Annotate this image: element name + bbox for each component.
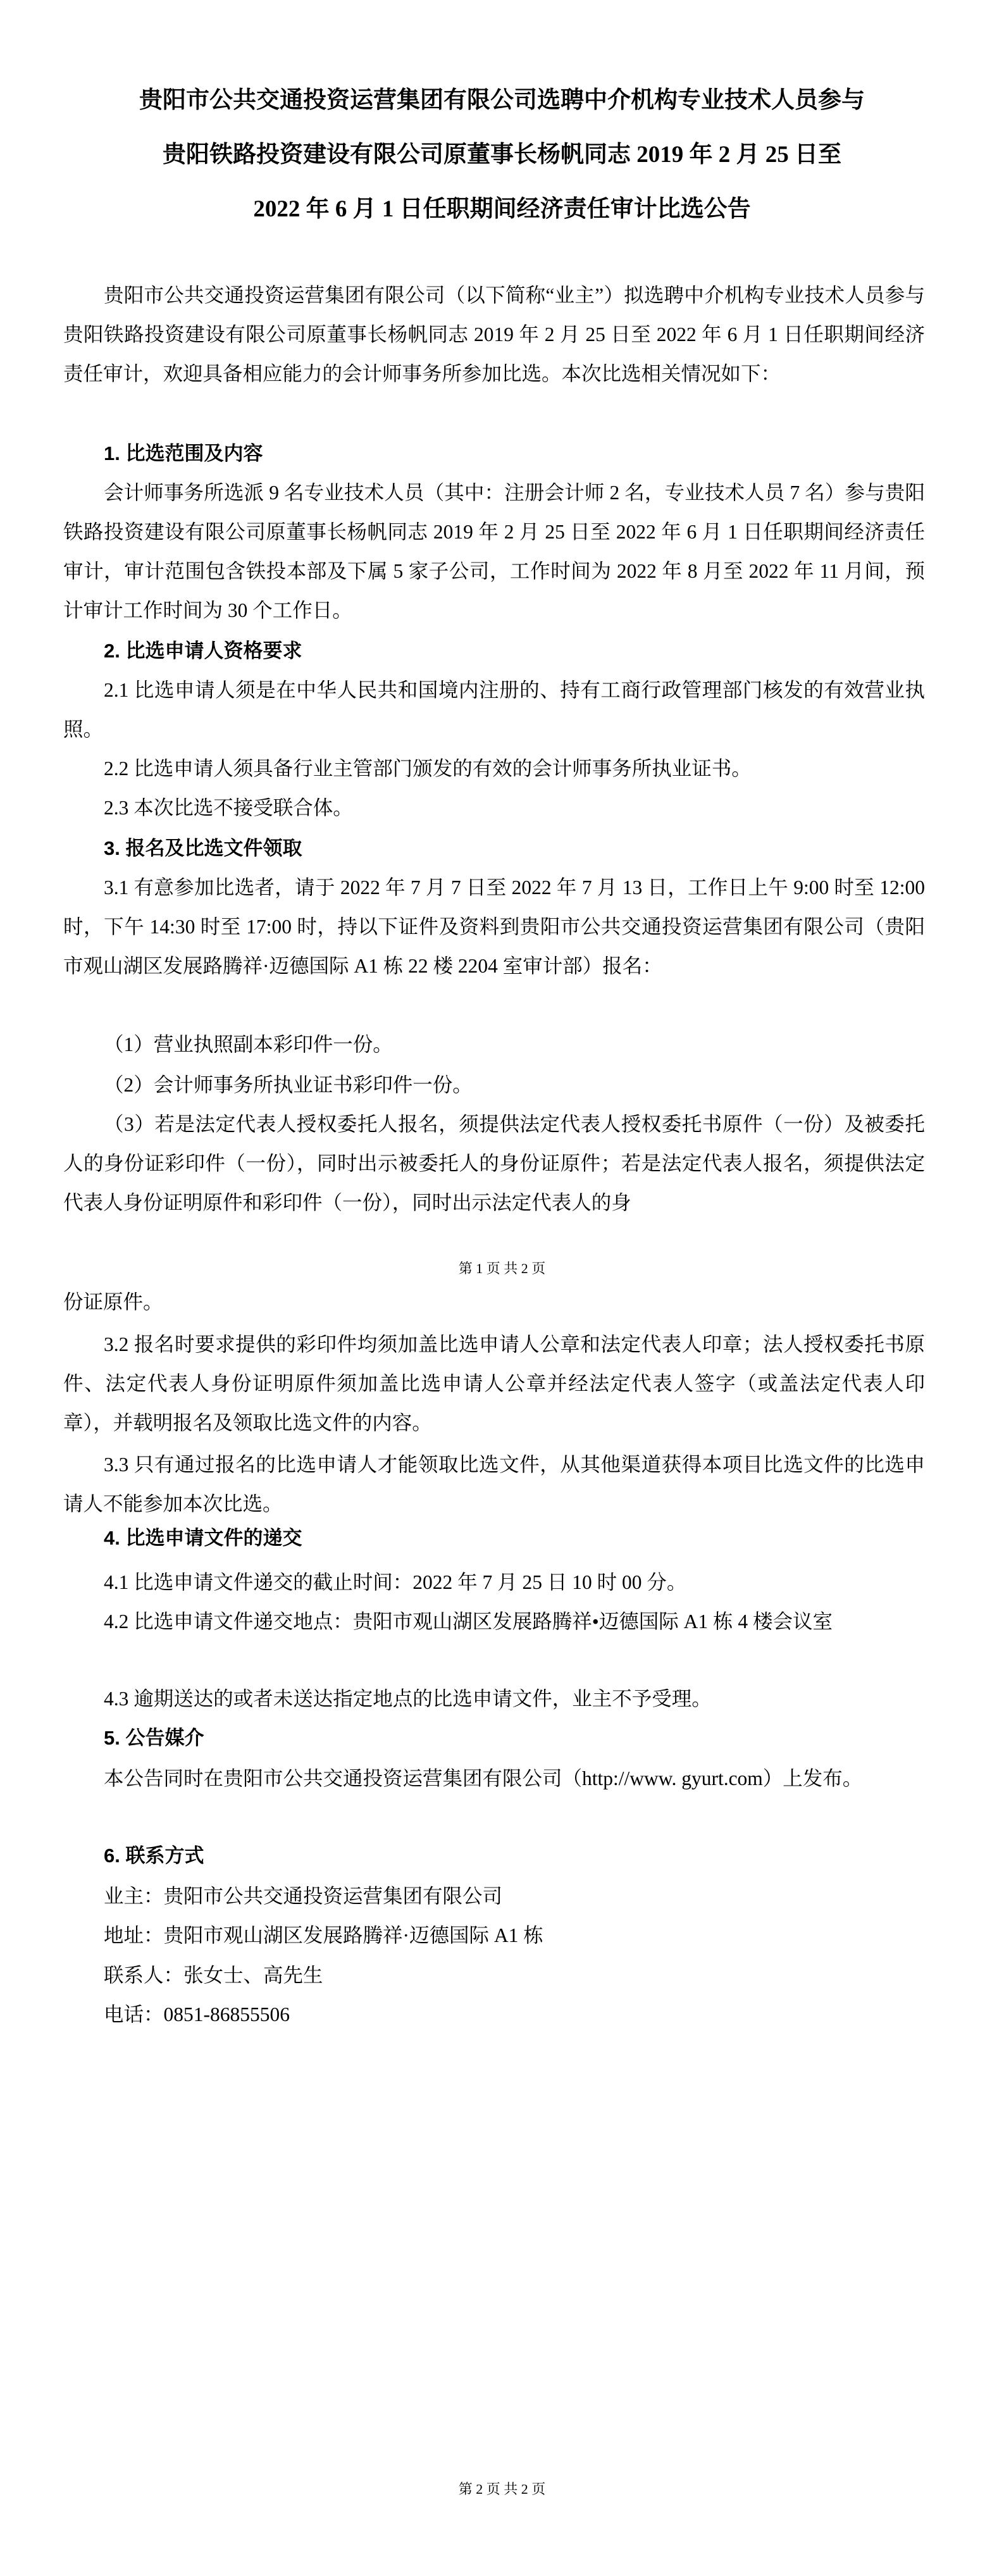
section-3-heading: 3. 报名及比选文件领取 [63,829,925,868]
list-item-3: （3）若是法定代表人授权委托人报名，须提供法定代表人授权委托书原件（一份）及被委… [63,1105,925,1223]
contact-phone-line: 电话：0851-86855506 [63,1995,925,2034]
clause-4-1: 4.1 比选申请文件递交的截止时间：2022 年 7 月 25 日 10 时 0… [63,1563,925,1602]
section-2-heading: 2. 比选申请人资格要求 [63,632,925,671]
list-item-2: （2）会计师事务所执业证书彩印件一份。 [63,1066,925,1105]
section-1-heading: 1. 比选范围及内容 [63,434,925,473]
clause-4-2: 4.2 比选申请文件递交地点：贵阳市观山湖区发展路腾祥•迈德国际 A1 栋 4 … [63,1602,925,1641]
clause-2-3: 2.3 本次比选不接受联合体。 [63,788,925,828]
list-item-3-continuation: 份证原件。 [63,1283,925,1322]
section-1-body: 会计师事务所选派 9 名专业技术人员（其中：注册会计师 2 名，专业技术人员 7… [63,473,925,630]
contact-address-line: 地址：贵阳市观山湖区发展路腾祥·迈德国际 A1 栋 [63,1916,925,1955]
notice-document: 贵阳市公共交通投资运营集团有限公司选聘中介机构专业技术人员参与 贵阳铁路投资建设… [0,0,1004,2576]
notice-title-line-2: 贵阳铁路投资建设有限公司原董事长杨帆同志 2019 年 2 月 25 日至 [0,128,1004,182]
clause-3-1: 3.1 有意参加比选者，请于 2022 年 7 月 7 日至 2022 年 7 … [63,868,925,986]
list-item-1: （1）营业执照副本彩印件一份。 [63,1025,925,1064]
clause-2-1: 2.1 比选申请人须是在中华人民共和国境内注册的、持有工商行政管理部门核发的有效… [63,671,925,749]
section-5-body: 本公告同时在贵阳市公共交通投资运营集团有限公司（http://www. gyur… [63,1759,925,1798]
notice-title-line-3: 2022 年 6 月 1 日任职期间经济责任审计比选公告 [0,182,1004,237]
contact-person-line: 联系人：张女士、高先生 [63,1956,925,1995]
notice-title: 贵阳市公共交通投资运营集团有限公司选聘中介机构专业技术人员参与 贵阳铁路投资建设… [0,73,1004,237]
intro-paragraph: 贵阳市公共交通投资运营集团有限公司（以下简称“业主”）拟选聘中介机构专业技术人员… [63,276,925,394]
clause-2-2: 2.2 比选申请人须具备行业主管部门颁发的有效的会计师事务所执业证书。 [63,749,925,788]
clause-3-3: 3.3 只有通过报名的比选申请人才能领取比选文件，从其他渠道获得本项目比选文件的… [63,1445,925,1524]
page-2-footer: 第 2 页 共 2 页 [0,2475,1004,2503]
section-4-heading: 4. 比选申请文件的递交 [63,1519,925,1558]
clause-4-3: 4.3 逾期送达的或者未送达指定地点的比选申请文件，业主不予受理。 [63,1679,925,1719]
section-6-heading: 6. 联系方式 [63,1836,925,1876]
notice-title-line-1: 贵阳市公共交通投资运营集团有限公司选聘中介机构专业技术人员参与 [0,73,1004,128]
page-1-footer: 第 1 页 共 2 页 [0,1255,1004,1283]
clause-3-2: 3.2 报名时要求提供的彩印件均须加盖比选申请人公章和法定代表人印章；法人授权委… [63,1325,925,1443]
section-5-heading: 5. 公告媒介 [63,1719,925,1758]
contact-owner-line: 业主：贵阳市公共交通投资运营集团有限公司 [63,1877,925,1916]
